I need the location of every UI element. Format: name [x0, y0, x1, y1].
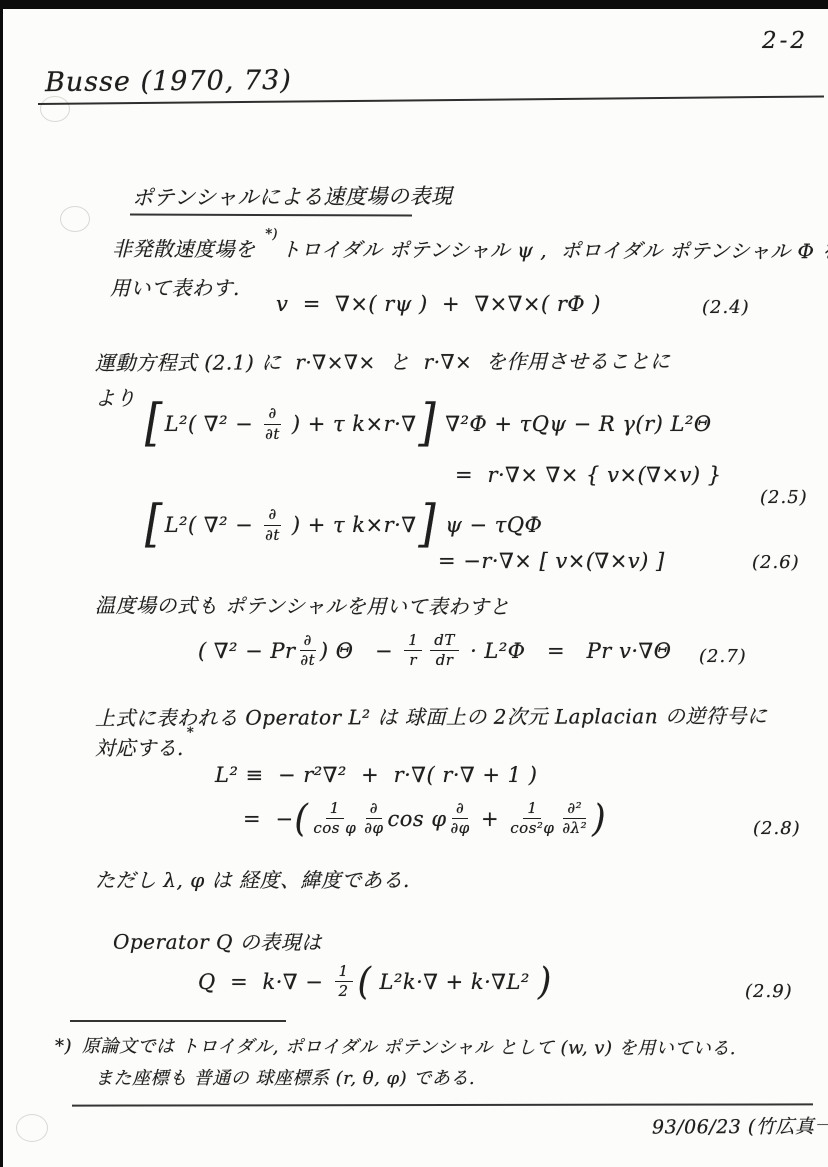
equation-2-5-label: (2.5): [760, 487, 808, 508]
equation-2-4: v = ∇×( rψ ) + ∇×∇×( rΦ ): [276, 292, 601, 316]
left-bracket: [: [145, 399, 163, 450]
left-paren: (: [358, 963, 372, 1000]
equation-2-8-line-1: L² ≡ − r²∇² + r·∇( r·∇ + 1 ): [215, 763, 537, 787]
fraction-numerator: 1: [523, 800, 541, 819]
fraction-numerator: ∂: [300, 632, 316, 651]
math-run: ) Θ −: [320, 639, 400, 663]
fraction-denominator: ∂λ²: [562, 819, 587, 837]
equation-2-9: Q = k·∇ − 12( L²k·∇ + k·∇L² ): [198, 963, 553, 1001]
equation-2-5-line-1: [L²( ∇² − ∂∂t ) + τ k×r·∇] ∇²Φ + τQψ − R…: [143, 402, 712, 446]
math-run: cos φ: [387, 807, 446, 831]
fraction-numerator: dT: [430, 632, 459, 651]
equation-2-7: ( ∇² − Pr∂∂t) Θ − 1rdTdr · L²Φ = Pr v·∇Θ: [198, 632, 671, 670]
text-run: 非発散速度場を: [112, 237, 262, 262]
fraction-denominator: cos φ: [313, 819, 356, 837]
fraction-numerator: 1: [326, 800, 344, 819]
fraction-denominator: cos²φ: [510, 819, 554, 837]
fraction: 12: [335, 963, 353, 1001]
equation-2-4-label: (2.4): [702, 297, 750, 318]
fraction-numerator: ∂²: [563, 800, 586, 819]
left-bracket: [: [145, 500, 163, 551]
fraction-numerator: 1: [335, 963, 353, 982]
math-run: · L²Φ = Pr v·∇Θ: [463, 639, 672, 663]
paragraph-6: Operator Q の表現は: [113, 926, 322, 956]
fraction: 1cos φ: [313, 800, 356, 838]
math-run: ∇²Φ + τQψ − R γ(r) L²Θ: [438, 412, 711, 436]
math-run: ψ − τQΦ: [438, 513, 542, 537]
fraction-denominator: 2: [339, 982, 349, 1000]
right-bracket: ]: [419, 399, 437, 450]
fraction-numerator: ∂: [452, 800, 468, 819]
footnote-separator: [70, 1020, 286, 1022]
equation-2-9-label: (2.9): [745, 981, 793, 1002]
paragraph-5: ただし λ, φ は 経度、緯度である.: [95, 864, 410, 893]
equation-2-8-line-2: = −(1cos φ∂∂φcos φ∂∂φ + 1cos²φ∂²∂λ²): [243, 800, 607, 838]
footnote-line-1: *)原論文では トロイダル, ポロイダル ポテンシャル として (w, v) を…: [55, 1032, 736, 1060]
right-paren: ): [592, 800, 606, 837]
bottom-rule: [72, 1103, 813, 1106]
paragraph-3: 温度場の式も ポテンシャルを用いて表わすと: [95, 589, 510, 619]
scan-edge-top: [0, 0, 828, 9]
fraction: ∂∂t: [300, 632, 316, 670]
fraction-denominator: ∂t: [300, 651, 315, 669]
left-paren: (: [295, 800, 309, 837]
paragraph-1-line-1: 非発散速度場を *)トロイダル ポテンシャル ψ , ポロイダル ポテンシャル …: [112, 233, 828, 265]
fraction-numerator: ∂: [366, 800, 382, 819]
scan-artifact: [16, 1114, 48, 1142]
math-run: = −: [243, 807, 294, 831]
math-run: Q = k·∇ −: [198, 970, 331, 994]
fraction: 1r: [404, 632, 422, 670]
fraction-numerator: ∂: [264, 405, 280, 424]
fraction-denominator: r: [409, 651, 417, 669]
paragraph-2-line-2: より: [95, 382, 136, 411]
footnote-line-2: また座標も 普通の 球座標系 (r, θ, φ) である.: [95, 1064, 475, 1090]
fraction-denominator: ∂φ: [451, 819, 470, 837]
fraction-denominator: ∂t: [265, 526, 280, 544]
scan-edge-left: [0, 0, 3, 1167]
footnote-mark: *): [55, 1036, 72, 1057]
fraction: ∂²∂λ²: [562, 800, 587, 838]
math-run: L²k·∇ + k·∇L²: [372, 970, 537, 994]
fraction-denominator: ∂t: [265, 425, 280, 443]
scanned-page: 2-2 Busse (1970, 73) ポテンシャルによる速度場の表現 非発散…: [0, 0, 828, 1167]
right-paren: ): [538, 963, 552, 1000]
heading-underline: [130, 214, 412, 217]
math-run: ( ∇² − Pr: [198, 639, 296, 663]
scan-artifact: [60, 206, 90, 232]
fraction: ∂∂φ: [364, 800, 383, 838]
equation-2-5-line-2: = r·∇× ∇× { v×(∇×v) }: [455, 463, 722, 487]
scan-artifact: [40, 96, 70, 122]
footnote-reference-mark: *: [187, 725, 194, 741]
paragraph-4-line-2: 対応する.*: [95, 732, 197, 761]
date-signature: 93/06/23 (竹広真一): [652, 1112, 828, 1140]
equation-2-6-line-1: [L²( ∇² − ∂∂t ) + τ k×r·∇] ψ − τQΦ: [143, 503, 542, 547]
page-number: 2-2: [762, 28, 808, 54]
fraction-numerator: 1: [404, 632, 422, 651]
fraction: ∂∂t: [264, 506, 280, 544]
paragraph-4-line-1: 上式に表われる Operator L² は 球面上の 2次元 Laplacian…: [95, 700, 768, 731]
fraction-denominator: dr: [436, 651, 454, 669]
section-heading: ポテンシャルによる速度場の表現: [132, 180, 453, 212]
equation-2-6-label: (2.6): [752, 552, 800, 573]
text-run: トロイダル ポテンシャル ψ , ポロイダル ポテンシャル Φ を: [280, 237, 828, 263]
math-run: +: [474, 807, 506, 831]
math-run: ) + τ k×r·∇: [285, 513, 417, 537]
text-run: 原論文では トロイダル, ポロイダル ポテンシャル として (w, v) を用い…: [82, 1036, 736, 1059]
fraction: ∂∂φ: [451, 800, 470, 838]
equation-2-6-line-2: = −r·∇× [ v×(∇×v) ]: [438, 549, 665, 573]
reference-title: Busse (1970, 73): [45, 65, 292, 98]
right-bracket: ]: [419, 500, 437, 551]
paragraph-1-line-2: 用いて表わす.: [110, 272, 240, 301]
fraction: 1cos²φ: [510, 800, 554, 838]
paragraph-2-line-1: 運動方程式 (2.1) に r·∇×∇× と r·∇× を作用させることに: [95, 345, 671, 376]
fraction-denominator: ∂φ: [364, 819, 383, 837]
equation-2-8-label: (2.8): [753, 818, 801, 839]
text-run: 対応する.: [95, 736, 184, 760]
fraction: ∂∂t: [264, 405, 280, 443]
math-run: L²( ∇² −: [165, 513, 261, 537]
math-run: L²( ∇² −: [165, 412, 261, 436]
fraction: dTdr: [430, 632, 459, 670]
fraction-numerator: ∂: [264, 506, 280, 525]
math-run: ) + τ k×r·∇: [285, 412, 417, 436]
equation-2-7-label: (2.7): [699, 646, 747, 667]
footnote-reference-mark: *): [265, 226, 277, 242]
